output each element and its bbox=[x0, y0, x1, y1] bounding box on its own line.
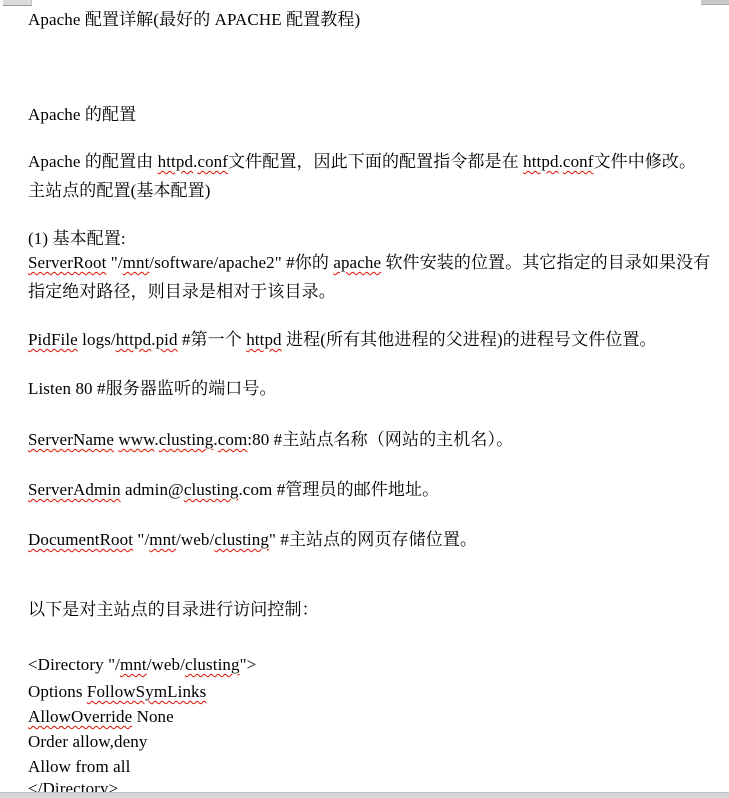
misspelled-text-segment: FollowSymLinks bbox=[87, 682, 206, 701]
misspelled-text-segment: ServerAdmin bbox=[28, 480, 121, 499]
text-segment: None bbox=[132, 707, 174, 726]
doc-line: Allow from all bbox=[28, 757, 130, 777]
misspelled-text-segment: clusting bbox=[184, 480, 239, 499]
text-segment: 软件安装的位置。其它指定的目录如果没有 bbox=[381, 253, 710, 272]
misspelled-text-segment: www bbox=[118, 430, 154, 449]
misspelled-text-segment: conf bbox=[563, 152, 594, 171]
doc-line: (1) 基本配置: bbox=[28, 229, 126, 249]
misspelled-text-segment: apache bbox=[333, 253, 381, 272]
misspelled-text-segment: mnt bbox=[123, 253, 150, 272]
text-segment: /web/ bbox=[176, 530, 214, 549]
window-chrome-fragment-bottom bbox=[0, 792, 729, 798]
misspelled-text-segment: clusting bbox=[214, 530, 269, 549]
text-segment: Order allow,deny bbox=[28, 732, 147, 751]
misspelled-text-segment: clusting bbox=[159, 430, 214, 449]
text-segment: 进程(所有其他进程的父进程)的进程号文件位置。 bbox=[282, 330, 657, 349]
doc-line: ServerRoot "/mnt/software/apache2" #你的 a… bbox=[28, 253, 710, 273]
text-segment: 指定绝对路径，则目录是相对于该目录。 bbox=[28, 282, 336, 301]
doc-line: ServerAdmin admin@clusting.com #管理员的邮件地址… bbox=[28, 480, 439, 500]
misspelled-text-segment: httpd bbox=[523, 152, 558, 171]
text-segment: <Directory "/ bbox=[28, 655, 120, 674]
doc-line: Apache 的配置由 httpd.conf文件配置，因此下面的配置指令都是在 … bbox=[28, 152, 696, 172]
doc-line: Apache 的配置 bbox=[28, 105, 136, 125]
misspelled-text-segment: mnt bbox=[149, 530, 176, 549]
misspelled-text-segment: pid bbox=[156, 330, 178, 349]
doc-line: Apache 配置详解(最好的 APACHE 配置教程) bbox=[28, 10, 360, 30]
text-segment: (1) 基本配置: bbox=[28, 229, 126, 248]
misspelled-text-segment: httpd bbox=[158, 152, 193, 171]
text-segment: Allow from all bbox=[28, 757, 130, 776]
text-segment: .com #管理员的邮件地址。 bbox=[238, 480, 439, 499]
window-chrome-fragment-top-right bbox=[701, 0, 729, 5]
misspelled-text-segment: DocumentRoot bbox=[28, 530, 133, 549]
doc-line: <Directory "/mnt/web/clusting"> bbox=[28, 655, 256, 675]
doc-line: ServerName www.clusting.com:80 #主站点名称（网站… bbox=[28, 430, 513, 450]
text-segment: Options bbox=[28, 682, 87, 701]
misspelled-text-segment: AllowOverride bbox=[28, 707, 132, 726]
text-segment: logs/ bbox=[78, 330, 116, 349]
misspelled-text-segment: conf bbox=[197, 152, 228, 171]
doc-line: Order allow,deny bbox=[28, 732, 147, 752]
text-segment: 文件配置，因此下面的配置指令都是在 bbox=[228, 152, 523, 171]
text-segment: "/ bbox=[106, 253, 122, 272]
misspelled-text-segment: ServerName bbox=[28, 430, 114, 449]
text-segment: Listen 80 #服务器监听的端口号。 bbox=[28, 379, 277, 398]
misspelled-text-segment: httpd bbox=[116, 330, 151, 349]
text-segment: "/ bbox=[133, 530, 149, 549]
doc-line: DocumentRoot "/mnt/web/clusting" #主站点的网页… bbox=[28, 530, 477, 550]
doc-line: 主站点的配置(基本配置) bbox=[28, 181, 211, 201]
doc-line: PidFile logs/httpd.pid #第一个 httpd 进程(所有其… bbox=[28, 330, 657, 350]
text-segment: "> bbox=[240, 655, 257, 674]
text-segment: /web/ bbox=[147, 655, 185, 674]
doc-line: 以下是对主站点的目录进行访问控制： bbox=[28, 600, 319, 620]
doc-line: Listen 80 #服务器监听的端口号。 bbox=[28, 379, 277, 399]
text-segment: admin@ bbox=[121, 480, 184, 499]
text-segment: Apache 的配置 bbox=[28, 105, 136, 124]
text-segment: 文件中修改。 bbox=[594, 152, 697, 171]
text-segment: #第一个 bbox=[178, 330, 247, 349]
doc-line: 指定绝对路径，则目录是相对于该目录。 bbox=[28, 282, 336, 302]
text-segment: /software/apache2" #你的 bbox=[149, 253, 333, 272]
text-segment: 以下是对主站点的目录进行访问控制： bbox=[28, 600, 319, 619]
misspelled-text-segment: ServerRoot bbox=[28, 253, 106, 272]
document-page: Apache 配置详解(最好的 APACHE 配置教程)Apache 的配置Ap… bbox=[0, 0, 729, 798]
text-segment: 主站点的配置(基本配置) bbox=[28, 181, 211, 200]
text-segment: Apache 的配置由 bbox=[28, 152, 158, 171]
doc-line: Options FollowSymLinks bbox=[28, 682, 206, 702]
doc-line: AllowOverride None bbox=[28, 707, 174, 727]
misspelled-text-segment: clusting bbox=[185, 655, 240, 674]
text-segment: Apache 配置详解(最好的 APACHE 配置教程) bbox=[28, 10, 360, 29]
misspelled-text-segment: PidFile bbox=[28, 330, 78, 349]
misspelled-text-segment: httpd bbox=[246, 330, 281, 349]
text-segment: :80 #主站点名称（网站的主机名）。 bbox=[247, 430, 513, 449]
misspelled-text-segment: com bbox=[218, 430, 248, 449]
window-chrome-fragment-top-left bbox=[3, 0, 32, 6]
misspelled-text-segment: mnt bbox=[120, 655, 147, 674]
text-segment: " #主站点的网页存储位置。 bbox=[269, 530, 477, 549]
